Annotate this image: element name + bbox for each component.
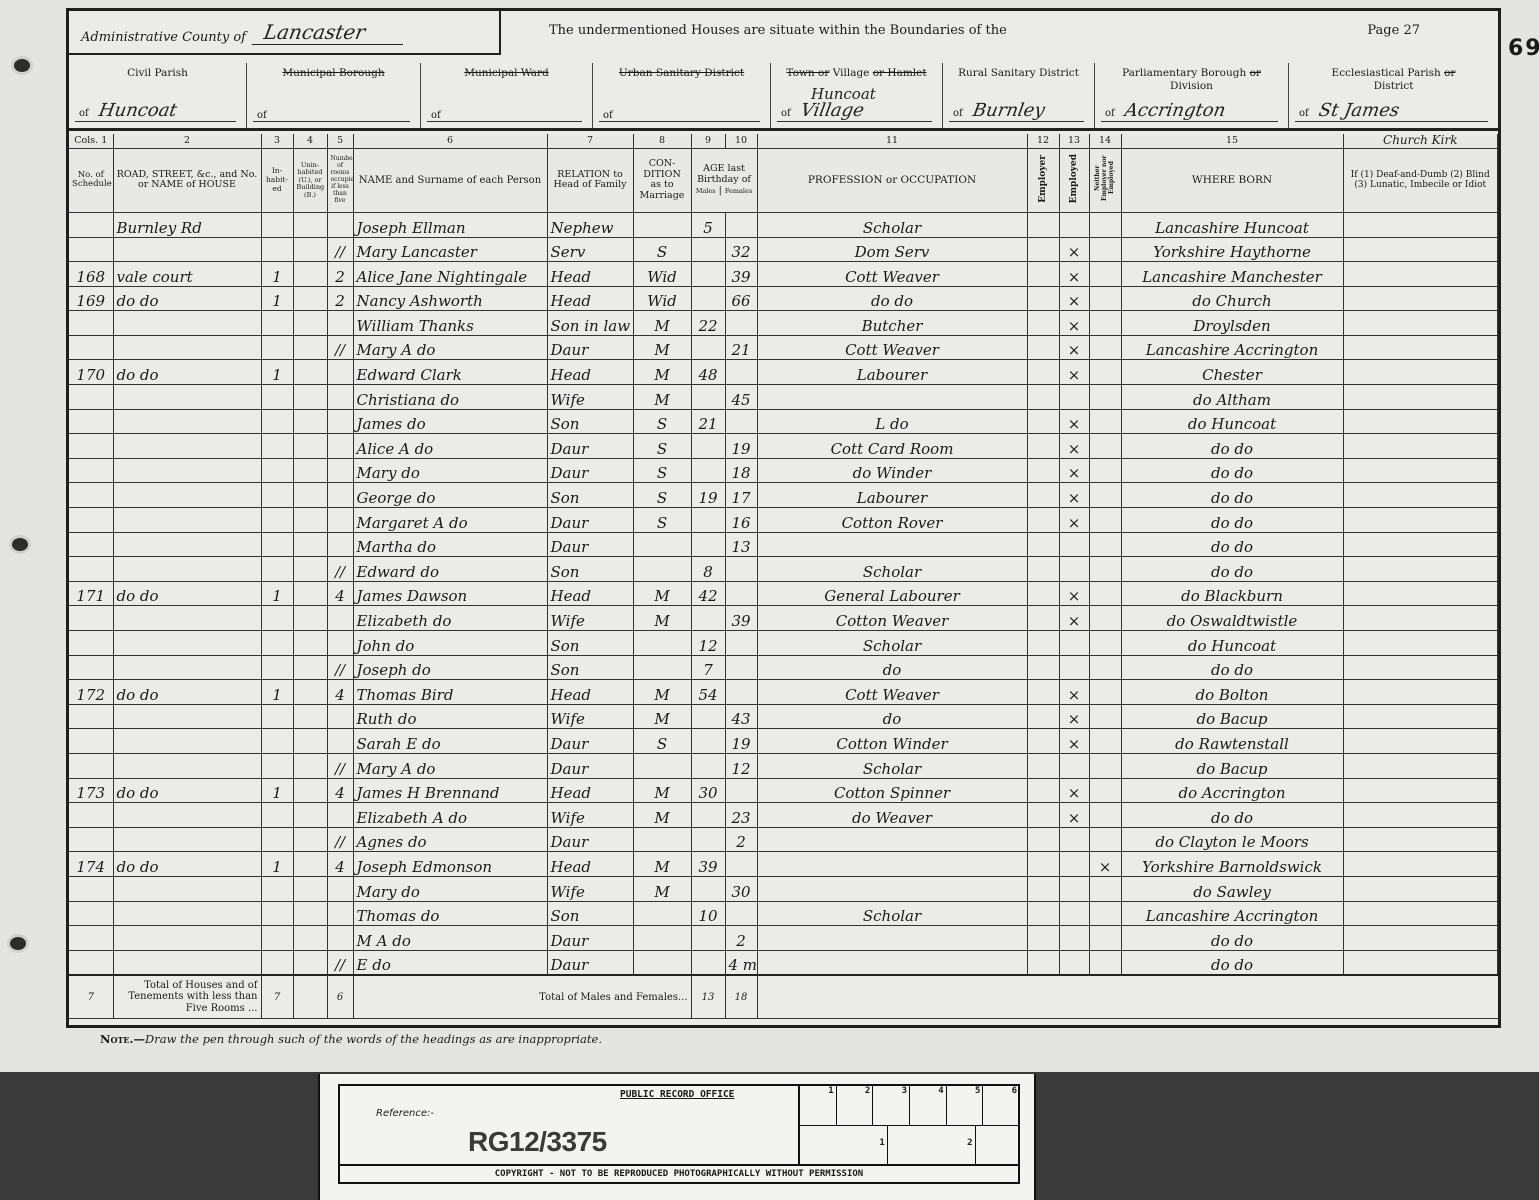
- cell-male-age: [691, 385, 725, 410]
- cell-employed: [1059, 655, 1089, 680]
- cell-neither: [1089, 458, 1121, 483]
- cell-road: [113, 557, 261, 582]
- cell-schedule: [69, 212, 113, 237]
- cell-relation: Daur: [547, 508, 633, 533]
- cell-uninhabited: [293, 212, 327, 237]
- cell-male-age: 54: [691, 680, 725, 705]
- scale-tick: 1: [800, 1126, 888, 1164]
- cell-where-born: Droylsden: [1121, 311, 1343, 336]
- table-row: 172do do14Thomas BirdHeadM54Cott Weaver×…: [69, 680, 1498, 705]
- cell-rooms: [327, 926, 353, 951]
- cell-occupation: do: [757, 655, 1027, 680]
- header-rooms: Number of rooms occupied if less than fi…: [327, 148, 353, 212]
- cell-employer: [1027, 753, 1059, 778]
- cell-uninhabited: [293, 876, 327, 901]
- cell-name: Agnes do: [353, 827, 547, 852]
- cell-condition: S: [633, 237, 691, 262]
- cell-road: [113, 483, 261, 508]
- cell-male-age: [691, 434, 725, 459]
- cell-infirmity: [1343, 876, 1498, 901]
- cell-uninhabited: [293, 532, 327, 557]
- total-houses-label: Total of Houses and of Tenements with le…: [113, 975, 261, 1019]
- cell-employer: [1027, 901, 1059, 926]
- cell-infirmity: [1343, 852, 1498, 877]
- cell-schedule: 173: [69, 778, 113, 803]
- cell-male-age: 5: [691, 212, 725, 237]
- cell-female-age: 66: [725, 286, 757, 311]
- cell-uninhabited: [293, 729, 327, 754]
- cell-relation: Daur: [547, 729, 633, 754]
- total-inhabited: 7: [261, 975, 293, 1019]
- cell-employed: [1059, 753, 1089, 778]
- cell-employed: ×: [1059, 778, 1089, 803]
- cell-relation: Son: [547, 557, 633, 582]
- cell-schedule: 169: [69, 286, 113, 311]
- col-number: 13: [1059, 134, 1089, 148]
- cell-road: do do: [113, 778, 261, 803]
- district-value-field: of: [599, 110, 760, 122]
- cell-inhabited: [261, 655, 293, 680]
- cell-schedule: 172: [69, 680, 113, 705]
- cell-where-born: do do: [1121, 803, 1343, 828]
- label-part: or Hamlet: [873, 67, 927, 79]
- cell-male-age: 10: [691, 901, 725, 926]
- cell-female-age: 19: [725, 434, 757, 459]
- cell-schedule: [69, 901, 113, 926]
- cell-employer: [1027, 631, 1059, 656]
- table-row: 174do do14Joseph EdmonsonHeadM39×Yorkshi…: [69, 852, 1498, 877]
- cell-female-age: 32: [725, 237, 757, 262]
- cell-where-born: do Huncoat: [1121, 631, 1343, 656]
- cell-road: do do: [113, 581, 261, 606]
- cell-inhabited: 1: [261, 286, 293, 311]
- punch-hole: [14, 59, 30, 72]
- cell-male-age: [691, 803, 725, 828]
- cell-rooms: //: [327, 557, 353, 582]
- cell-neither: ×: [1089, 852, 1121, 877]
- table-row: Ruth doWifeM43do×do Bacup: [69, 704, 1498, 729]
- cell-infirmity: [1343, 483, 1498, 508]
- cell-occupation: [757, 950, 1027, 975]
- cell-condition: [633, 950, 691, 975]
- col16-annotation: Church Kirk: [1383, 134, 1457, 147]
- scale-tick: 2: [837, 1086, 874, 1125]
- table-row: //Joseph doSon7dodo do: [69, 655, 1498, 680]
- cell-occupation: Scholar: [757, 901, 1027, 926]
- cell-employed: ×: [1059, 335, 1089, 360]
- cell-name: Margaret A do: [353, 508, 547, 533]
- cell-schedule: [69, 311, 113, 336]
- cell-road: [113, 237, 261, 262]
- cell-name: Edward do: [353, 557, 547, 582]
- cell-neither: [1089, 876, 1121, 901]
- cell-employer: [1027, 876, 1059, 901]
- cell-neither: [1089, 680, 1121, 705]
- page-number: Page 27: [1367, 23, 1420, 38]
- footer-note: Note.—Draw the pen through such of the w…: [100, 1032, 602, 1046]
- district-value-field: of: [253, 110, 410, 122]
- header-where-born: WHERE BORN: [1121, 148, 1343, 212]
- cell-occupation: [757, 385, 1027, 410]
- table-row: Elizabeth A doWifeM23do Weaver×do do: [69, 803, 1498, 828]
- cell-road: [113, 631, 261, 656]
- cell-where-born: do Clayton le Moors: [1121, 827, 1343, 852]
- cell-road: do do: [113, 680, 261, 705]
- total-uninhabited: [293, 975, 327, 1019]
- cell-where-born: do do: [1121, 926, 1343, 951]
- cell-female-age: 39: [725, 262, 757, 287]
- cell-neither: [1089, 778, 1121, 803]
- cell-male-age: 48: [691, 360, 725, 385]
- cell-name: Joseph Edmonson: [353, 852, 547, 877]
- cell-rooms: [327, 360, 353, 385]
- cell-infirmity: [1343, 753, 1498, 778]
- cell-inhabited: [261, 434, 293, 459]
- table-row: //E doDaur4 modo do: [69, 950, 1498, 975]
- cell-where-born: Chester: [1121, 360, 1343, 385]
- cell-occupation: Cott Weaver: [757, 335, 1027, 360]
- cell-inhabited: 1: [261, 778, 293, 803]
- cell-inhabited: [261, 385, 293, 410]
- cell-neither: [1089, 803, 1121, 828]
- column-number-row: Cols. 1 2 3 4 5 6 7 8 9 10 11 12 13 14 1…: [69, 134, 1498, 148]
- cell-uninhabited: [293, 360, 327, 385]
- cell-relation: Son: [547, 655, 633, 680]
- cell-where-born: Lancashire Huncoat: [1121, 212, 1343, 237]
- cell-occupation: do Weaver: [757, 803, 1027, 828]
- cell-neither: [1089, 262, 1121, 287]
- punch-hole: [12, 538, 28, 551]
- cell-rooms: [327, 434, 353, 459]
- cell-employer: [1027, 434, 1059, 459]
- cell-schedule: [69, 606, 113, 631]
- cell-relation: Son: [547, 631, 633, 656]
- header-females: Females: [725, 187, 752, 195]
- cell-uninhabited: [293, 753, 327, 778]
- cell-employed: [1059, 852, 1089, 877]
- cell-female-age: [725, 360, 757, 385]
- cell-where-born: do do: [1121, 483, 1343, 508]
- cell-where-born: do do: [1121, 434, 1343, 459]
- label-part: or: [1444, 67, 1455, 79]
- measurement-scale: 1 2 3 4 5 6 1 2: [798, 1086, 1020, 1166]
- cell-female-age: [725, 631, 757, 656]
- county-value: Lancaster: [252, 20, 407, 45]
- census-page: 69 Administrative County of Lancaster Th…: [0, 0, 1539, 1072]
- table-row: James doSonS21L do×do Huncoat: [69, 409, 1498, 434]
- label-part: or: [1250, 67, 1261, 79]
- cell-schedule: [69, 655, 113, 680]
- cell-relation: Nephew: [547, 212, 633, 237]
- district-label: Parliamentary Borough orDivision: [1099, 67, 1284, 92]
- cell-condition: M: [633, 311, 691, 336]
- total-rooms: 6: [327, 975, 353, 1019]
- table-row: John doSon12Scholardo Huncoat: [69, 631, 1498, 656]
- header-neither-label: Neither Employer nor Employed: [1095, 150, 1116, 206]
- cell-rooms: [327, 803, 353, 828]
- cell-inhabited: [261, 926, 293, 951]
- cell-employer: [1027, 803, 1059, 828]
- cell-rooms: [327, 458, 353, 483]
- cell-employer: [1027, 385, 1059, 410]
- cell-neither: [1089, 827, 1121, 852]
- cell-neither: [1089, 901, 1121, 926]
- cell-where-born: Yorkshire Haythorne: [1121, 237, 1343, 262]
- cell-employer: [1027, 458, 1059, 483]
- cell-relation: Son: [547, 901, 633, 926]
- cell-schedule: 170: [69, 360, 113, 385]
- cell-infirmity: [1343, 262, 1498, 287]
- cell-name: Alice Jane Nightingale: [353, 262, 547, 287]
- cell-road: [113, 655, 261, 680]
- cell-employed: [1059, 212, 1089, 237]
- header-employer: Employer: [1027, 148, 1059, 212]
- cell-infirmity: [1343, 360, 1498, 385]
- cell-uninhabited: [293, 901, 327, 926]
- cell-rooms: 4: [327, 778, 353, 803]
- header-uninhabited: Unin-habited (U.), or Building (B.): [293, 148, 327, 212]
- cell-inhabited: [261, 901, 293, 926]
- cell-neither: [1089, 532, 1121, 557]
- cell-relation: Head: [547, 262, 633, 287]
- cell-infirmity: [1343, 212, 1498, 237]
- cell-female-age: [725, 212, 757, 237]
- col-number: 12: [1027, 134, 1059, 148]
- cell-male-age: [691, 458, 725, 483]
- cell-occupation: [757, 926, 1027, 951]
- header-age-label: AGE last Birthday of: [697, 163, 751, 185]
- cell-condition: [633, 631, 691, 656]
- cell-where-born: do Church: [1121, 286, 1343, 311]
- col-number: 10: [725, 134, 757, 148]
- cell-rooms: [327, 729, 353, 754]
- cell-infirmity: [1343, 581, 1498, 606]
- scale-tick: 4: [910, 1086, 947, 1125]
- table-row: Margaret A doDaurS16Cotton Rover×do do: [69, 508, 1498, 533]
- scale-top-cm: 1 2 3 4 5 6: [800, 1086, 1020, 1126]
- cell-rooms: [327, 385, 353, 410]
- cell-male-age: 7: [691, 655, 725, 680]
- cell-male-age: [691, 827, 725, 852]
- cell-male-age: [691, 508, 725, 533]
- cell-relation: Wife: [547, 385, 633, 410]
- cell-inhabited: [261, 237, 293, 262]
- district-civil-parish: Civil Parish ofHuncoat: [69, 63, 247, 128]
- scale-tick: 5: [947, 1086, 984, 1125]
- cell-occupation: do Winder: [757, 458, 1027, 483]
- cell-occupation: Cott Card Room: [757, 434, 1027, 459]
- cell-name: Mary A do: [353, 335, 547, 360]
- folio-number: 69: [1508, 36, 1539, 61]
- cell-employer: [1027, 729, 1059, 754]
- cell-infirmity: [1343, 680, 1498, 705]
- cell-schedule: [69, 385, 113, 410]
- cell-neither: [1089, 753, 1121, 778]
- scale-tick: 3: [873, 1086, 910, 1125]
- cell-female-age: [725, 311, 757, 336]
- cell-condition: [633, 926, 691, 951]
- cell-uninhabited: [293, 803, 327, 828]
- label-part: Town or: [786, 67, 829, 79]
- cell-employed: ×: [1059, 409, 1089, 434]
- cell-where-born: do Bolton: [1121, 680, 1343, 705]
- label-part: Parliamentary Borough: [1122, 67, 1246, 79]
- scale-tick: 6: [983, 1086, 1020, 1125]
- cell-condition: M: [633, 876, 691, 901]
- district-value: Burnley: [971, 100, 1046, 121]
- district-value-field: ofBurnley: [949, 100, 1084, 122]
- cell-employed: ×: [1059, 262, 1089, 287]
- totals-blank: [757, 975, 1498, 1019]
- cell-where-born: do Rawtenstall: [1121, 729, 1343, 754]
- cell-occupation: Scholar: [757, 212, 1027, 237]
- cell-occupation: Labourer: [757, 360, 1027, 385]
- cell-condition: Wid: [633, 262, 691, 287]
- cell-employed: ×: [1059, 581, 1089, 606]
- cell-schedule: [69, 729, 113, 754]
- cell-road: [113, 876, 261, 901]
- cell-condition: M: [633, 852, 691, 877]
- cell-relation: Wife: [547, 704, 633, 729]
- col-number: 6: [353, 134, 547, 148]
- cell-relation: Head: [547, 581, 633, 606]
- cell-inhabited: [261, 311, 293, 336]
- cell-where-born: do do: [1121, 458, 1343, 483]
- cell-road: [113, 434, 261, 459]
- table-row: Martha doDaur13do do: [69, 532, 1498, 557]
- cell-inhabited: [261, 508, 293, 533]
- cell-uninhabited: [293, 508, 327, 533]
- table-row: Burnley RdJoseph EllmanNephew5ScholarLan…: [69, 212, 1498, 237]
- cell-road: [113, 385, 261, 410]
- cell-neither: [1089, 631, 1121, 656]
- cell-relation: Daur: [547, 753, 633, 778]
- cell-uninhabited: [293, 434, 327, 459]
- cell-inhabited: 1: [261, 852, 293, 877]
- cell-condition: M: [633, 606, 691, 631]
- cell-employer: [1027, 704, 1059, 729]
- cell-male-age: [691, 704, 725, 729]
- cell-female-age: [725, 901, 757, 926]
- cell-schedule: [69, 704, 113, 729]
- cell-where-born: Lancashire Accrington: [1121, 901, 1343, 926]
- cell-male-age: 39: [691, 852, 725, 877]
- header-infirmity: If (1) Deaf-and-Dumb (2) Blind (3) Lunat…: [1343, 148, 1498, 212]
- cell-female-age: 17: [725, 483, 757, 508]
- cell-condition: [633, 827, 691, 852]
- cell-male-age: [691, 729, 725, 754]
- district-value-field: ofVillage: [777, 100, 932, 122]
- header-road: ROAD, STREET, &c., and No. or NAME of HO…: [113, 148, 261, 212]
- cell-rooms: [327, 901, 353, 926]
- cell-inhabited: [261, 704, 293, 729]
- cell-occupation: Cotton Weaver: [757, 606, 1027, 631]
- cell-infirmity: [1343, 631, 1498, 656]
- cell-name: Nancy Ashworth: [353, 286, 547, 311]
- cell-male-age: [691, 237, 725, 262]
- cell-name: Mary do: [353, 876, 547, 901]
- cell-where-born: do Bacup: [1121, 753, 1343, 778]
- cell-neither: [1089, 237, 1121, 262]
- cell-infirmity: [1343, 508, 1498, 533]
- scale-tick: 1: [800, 1086, 837, 1125]
- col-number: 11: [757, 134, 1027, 148]
- cell-condition: M: [633, 778, 691, 803]
- cell-infirmity: [1343, 557, 1498, 582]
- total-males-females-label: Total of Males and Females...: [353, 975, 691, 1019]
- header-employed-label: Employed: [1069, 154, 1079, 203]
- cell-schedule: [69, 483, 113, 508]
- cell-name: Martha do: [353, 532, 547, 557]
- cell-infirmity: [1343, 532, 1498, 557]
- col-number: 9: [691, 134, 725, 148]
- cell-male-age: [691, 606, 725, 631]
- col-number: 15: [1121, 134, 1343, 148]
- cell-female-age: [725, 557, 757, 582]
- cell-road: vale court: [113, 262, 261, 287]
- cell-inhabited: [261, 532, 293, 557]
- cell-relation: Daur: [547, 335, 633, 360]
- cell-infirmity: [1343, 458, 1498, 483]
- col-number: 3: [261, 134, 293, 148]
- cell-occupation: Cotton Rover: [757, 508, 1027, 533]
- cell-occupation: Dom Serv: [757, 237, 1027, 262]
- cell-name: Mary Lancaster: [353, 237, 547, 262]
- cell-rooms: [327, 483, 353, 508]
- cell-employer: [1027, 852, 1059, 877]
- district-value: Village: [799, 100, 866, 121]
- cell-name: Mary A do: [353, 753, 547, 778]
- cell-female-age: 16: [725, 508, 757, 533]
- cell-road: [113, 827, 261, 852]
- district-municipal-borough: Municipal Borough of: [247, 63, 421, 128]
- cell-relation: Wife: [547, 606, 633, 631]
- cell-female-age: 19: [725, 729, 757, 754]
- cell-employed: ×: [1059, 360, 1089, 385]
- cell-occupation: Butcher: [757, 311, 1027, 336]
- cell-female-age: 39: [725, 606, 757, 631]
- cell-uninhabited: [293, 631, 327, 656]
- cell-condition: M: [633, 581, 691, 606]
- cell-inhabited: [261, 950, 293, 975]
- cell-neither: [1089, 335, 1121, 360]
- cell-employer: [1027, 778, 1059, 803]
- cell-condition: [633, 212, 691, 237]
- cell-where-born: do Sawley: [1121, 876, 1343, 901]
- cell-neither: [1089, 409, 1121, 434]
- cell-male-age: [691, 876, 725, 901]
- cell-employer: [1027, 483, 1059, 508]
- cell-where-born: Yorkshire Barnoldswick: [1121, 852, 1343, 877]
- cell-uninhabited: [293, 950, 327, 975]
- cell-schedule: [69, 237, 113, 262]
- label-part: Division: [1170, 80, 1213, 92]
- cell-employer: [1027, 827, 1059, 852]
- col-number: 8: [633, 134, 691, 148]
- cell-infirmity: [1343, 335, 1498, 360]
- cell-name: John do: [353, 631, 547, 656]
- cell-rooms: 2: [327, 262, 353, 287]
- cell-inhabited: [261, 803, 293, 828]
- cell-occupation: Cott Weaver: [757, 680, 1027, 705]
- header-neither: Neither Employer nor Employed: [1089, 148, 1121, 212]
- cell-road: do do: [113, 286, 261, 311]
- cell-road: do do: [113, 360, 261, 385]
- cell-where-born: Lancashire Manchester: [1121, 262, 1343, 287]
- note-text: Draw the pen through such of the words o…: [145, 1032, 602, 1046]
- total-schedules: 7: [69, 975, 113, 1019]
- total-females: 18: [725, 975, 757, 1019]
